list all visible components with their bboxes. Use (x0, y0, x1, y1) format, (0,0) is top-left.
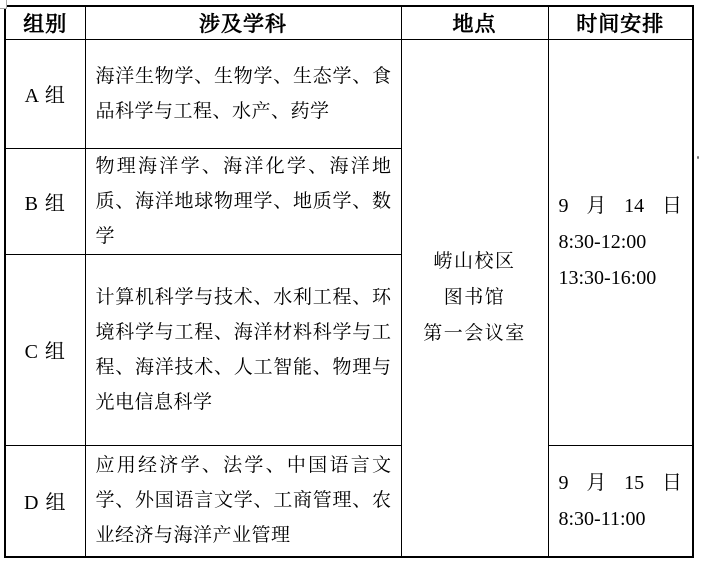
header-cell-group: 组别 (5, 6, 85, 39)
date-part-day-char: 日 (662, 465, 682, 501)
location-line-room: 第一会议室 (402, 316, 548, 352)
date-part-day-char: 日 (662, 188, 682, 224)
date-part-day-num: 15 (624, 465, 644, 501)
location-line-building: 图书馆 (402, 280, 548, 316)
group-cell-a: A 组 (5, 39, 85, 148)
date-part-month-char: 月 (586, 465, 606, 501)
scan-stray-dot (697, 156, 699, 159)
location-cell: 崂山校区 图书馆 第一会议室 (401, 39, 548, 557)
date-part-month-num: 9 (559, 465, 569, 501)
table-row-group-a: A 组 海洋生物学、生物学、生态学、食品科学与工程、水产、药学 崂山校区 图书馆… (5, 39, 693, 148)
time-range-morning: 8:30-11:00 (559, 501, 683, 537)
header-row: 组别 涉及学科 地点 时间安排 (5, 6, 693, 39)
group-cell-c: C 组 (5, 254, 85, 445)
header-cell-location: 地点 (401, 6, 548, 39)
subjects-cell-b: 物理海洋学、海洋化学、海洋地质、海洋地球物理学、地质学、数学 (85, 148, 401, 254)
time-cell-group-d: 9 月 15 日 8:30-11:00 (548, 445, 693, 557)
date-part-month-char: 月 (586, 188, 606, 224)
subjects-cell-c: 计算机科学与技术、水利工程、环境科学与工程、海洋材料科学与工程、海洋技术、人工智… (85, 254, 401, 445)
date-line-sep-14: 9 月 14 日 (559, 188, 683, 224)
subjects-cell-a: 海洋生物学、生物学、生态学、食品科学与工程、水产、药学 (85, 39, 401, 148)
table-row-group-d: D 组 应用经济学、法学、中国语言文学、外国语言文学、工商管理、农业经济与海洋产… (5, 445, 693, 557)
interview-schedule-table: 组别 涉及学科 地点 时间安排 A 组 海洋生物学、生物学、生态学、食品科学与工… (4, 5, 694, 558)
time-range-morning: 8:30-12:00 (559, 224, 683, 260)
header-cell-time: 时间安排 (548, 6, 693, 39)
time-range-afternoon: 13:30-16:00 (559, 260, 683, 296)
scan-corner-artifact (0, 0, 7, 9)
group-cell-d: D 组 (5, 445, 85, 557)
date-part-month-num: 9 (559, 188, 569, 224)
time-cell-groups-abc: 9 月 14 日 8:30-12:00 13:30-16:00 (548, 39, 693, 445)
date-part-day-num: 14 (624, 188, 644, 224)
document-page: 组别 涉及学科 地点 时间安排 A 组 海洋生物学、生物学、生态学、食品科学与工… (0, 0, 712, 570)
header-cell-subjects: 涉及学科 (85, 6, 401, 39)
subjects-cell-d: 应用经济学、法学、中国语言文学、外国语言文学、工商管理、农业经济与海洋产业管理 (85, 445, 401, 557)
location-line-campus: 崂山校区 (402, 244, 548, 280)
group-cell-b: B 组 (5, 148, 85, 254)
date-line-sep-15: 9 月 15 日 (559, 465, 683, 501)
